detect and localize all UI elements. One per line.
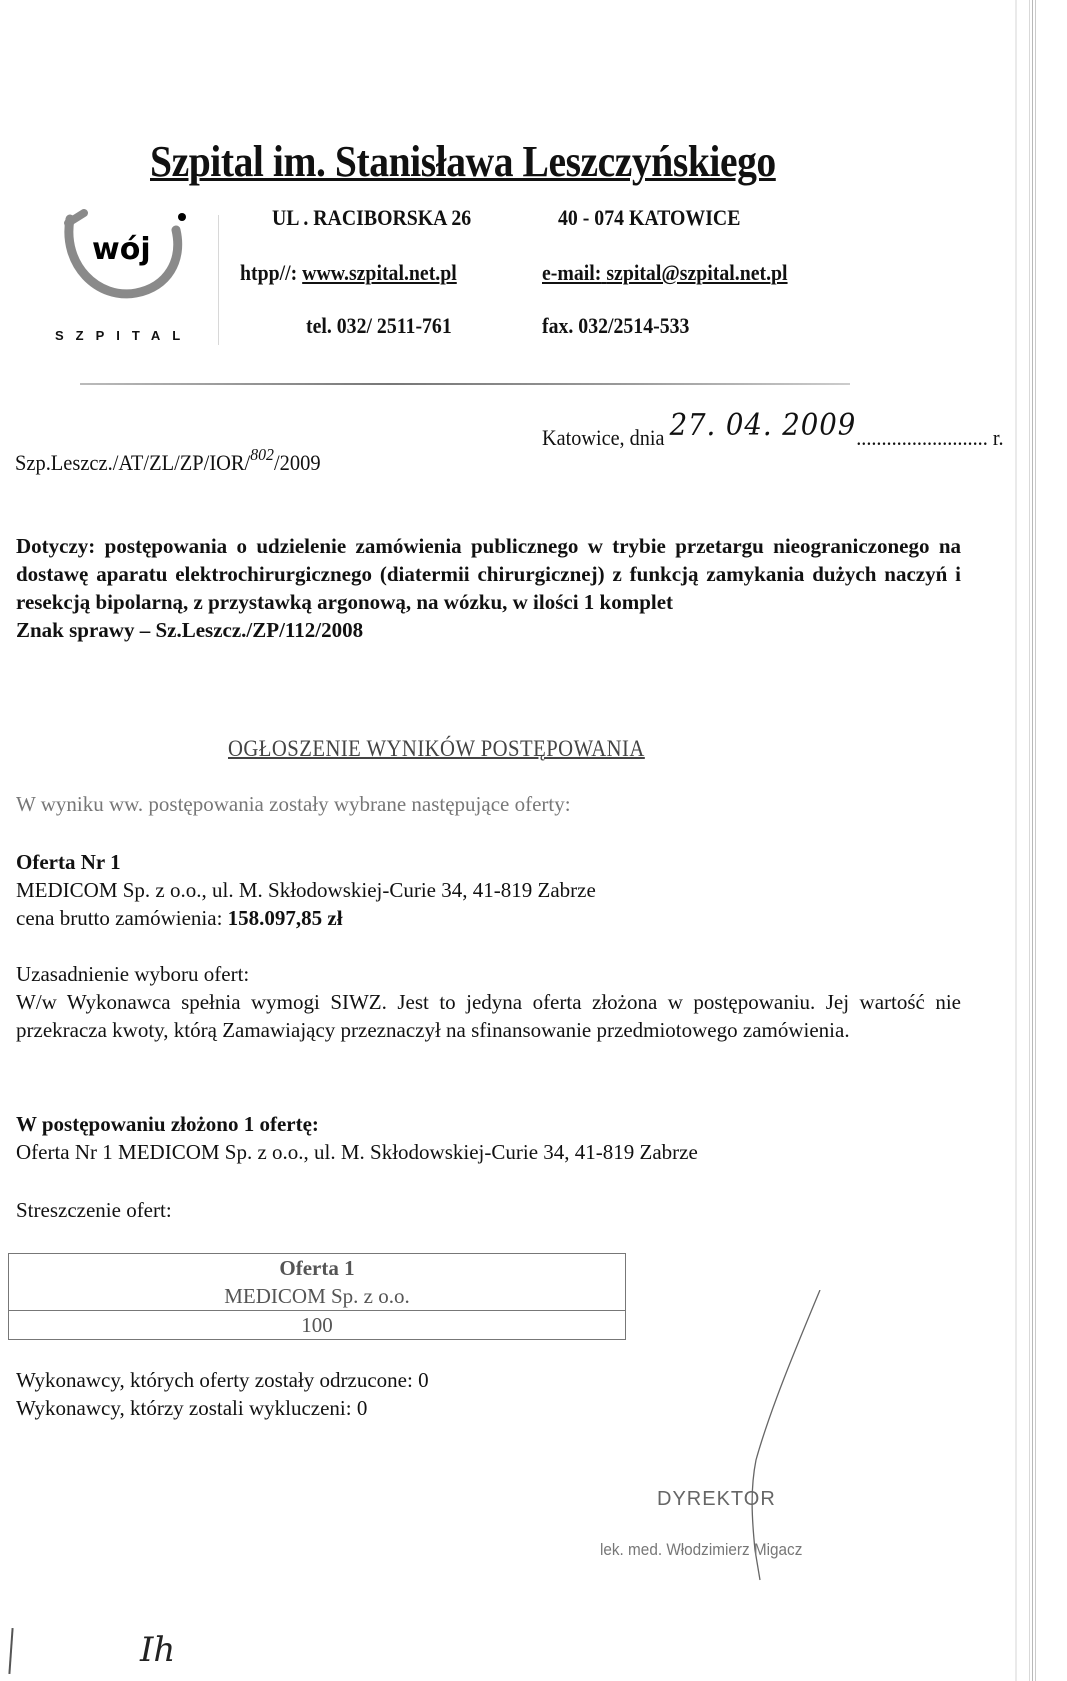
justification-heading: Uzasadnienie wyboru ofert: — [16, 960, 961, 988]
offer-contractor: MEDICOM Sp. z o.o., ul. M. Skłodowskiej-… — [16, 876, 961, 904]
svg-text:wój: wój — [92, 232, 151, 267]
date-dots: .......................... — [856, 425, 988, 450]
offer-summary-table: Oferta 1 MEDICOM Sp. z o.o. 100 — [8, 1253, 626, 1340]
email-line: e-mail: szpital@szpital.net.pl — [542, 260, 788, 286]
justification-text: W/w Wykonawca spełnia wymogi SIWZ. Jest … — [16, 988, 961, 1044]
address-city: 40 - 074 KATOWICE — [558, 205, 740, 231]
submitted-offers: W postępowaniu złożono 1 ofertę: Oferta … — [16, 1110, 961, 1166]
table-company-cell: MEDICOM Sp. z o.o. — [9, 1282, 626, 1311]
email-prefix: e-mail: — [542, 260, 601, 285]
fax: fax. 032/2514-533 — [542, 313, 689, 339]
table-row: 100 — [9, 1311, 626, 1340]
website-line: htpp//: www.szpital.net.pl — [240, 260, 457, 286]
email-link[interactable]: szpital@szpital.net.pl — [606, 260, 787, 285]
reference-suffix: /2009 — [274, 450, 321, 475]
logo-label: SZPITAL — [55, 328, 192, 343]
justification: Uzasadnienie wyboru ofert: W/w Wykonawca… — [16, 960, 961, 1044]
hospital-logo-icon: wój — [58, 205, 198, 305]
reference-prefix: Szp.Leszcz./AT/ZL/ZP/IOR/ — [15, 450, 250, 475]
signature-name: lek. med. Włodzimierz Migacz — [600, 1540, 802, 1560]
logo-divider — [218, 215, 219, 345]
place-label: Katowice, dnia — [542, 425, 665, 450]
hospital-name: Szpital im. Stanisława Leszczyńskiego — [150, 136, 776, 187]
place-date-line: Katowice, dnia 27. 04. 2009.............… — [542, 418, 1004, 453]
scan-edge-artifact — [1027, 0, 1041, 1681]
website-prefix: htpp//: — [240, 260, 297, 285]
handwritten-reference: 802 — [250, 445, 274, 464]
signature-title: DYREKTOR — [657, 1488, 776, 1511]
reference-number: Szp.Leszcz./AT/ZL/ZP/IOR/802/2009 — [15, 450, 321, 476]
website-link[interactable]: www.szpital.net.pl — [302, 260, 457, 285]
date-suffix: r. — [993, 425, 1004, 450]
handwritten-date: 27. 04. 2009 — [670, 408, 857, 443]
table-score-cell: 100 — [9, 1311, 626, 1340]
selected-offer: Oferta Nr 1 MEDICOM Sp. z o.o., ul. M. S… — [16, 848, 961, 932]
header-divider — [80, 383, 850, 385]
price-value: 158.097,85 zł — [228, 906, 343, 930]
offer-price-line: cena brutto zamówienia: 158.097,85 zł — [16, 904, 961, 932]
subject-block: Dotyczy: postępowania o udzielenie zamów… — [16, 532, 961, 644]
price-label: cena brutto zamówienia: — [16, 906, 222, 930]
case-number: Znak sprawy – Sz.Leszcz./ZP/112/2008 — [16, 616, 961, 644]
announcement-title: OGŁOSZENIE WYNIKÓW POSTĘPOWANIA — [228, 736, 645, 762]
margin-mark — [8, 1628, 13, 1674]
handwritten-initials: Ih — [140, 1630, 175, 1670]
announcement-intro: W wyniku ww. postępowania zostały wybran… — [16, 792, 571, 817]
scan-edge-artifact-line — [1015, 0, 1017, 1681]
submitted-heading: W postępowaniu złożono 1 ofertę: — [16, 1110, 961, 1138]
table-header-cell: Oferta 1 — [9, 1254, 626, 1283]
subject-text: Dotyczy: postępowania o udzielenie zamów… — [16, 532, 961, 616]
offer-heading: Oferta Nr 1 — [16, 848, 961, 876]
table-row: MEDICOM Sp. z o.o. — [9, 1282, 626, 1311]
summary-heading: Streszczenie ofert: — [16, 1196, 961, 1224]
address-street: UL . RACIBORSKA 26 — [272, 205, 471, 231]
submitted-line: Oferta Nr 1 MEDICOM Sp. z o.o., ul. M. S… — [16, 1138, 961, 1166]
phone: tel. 032/ 2511-761 — [306, 313, 452, 339]
table-row: Oferta 1 — [9, 1254, 626, 1283]
